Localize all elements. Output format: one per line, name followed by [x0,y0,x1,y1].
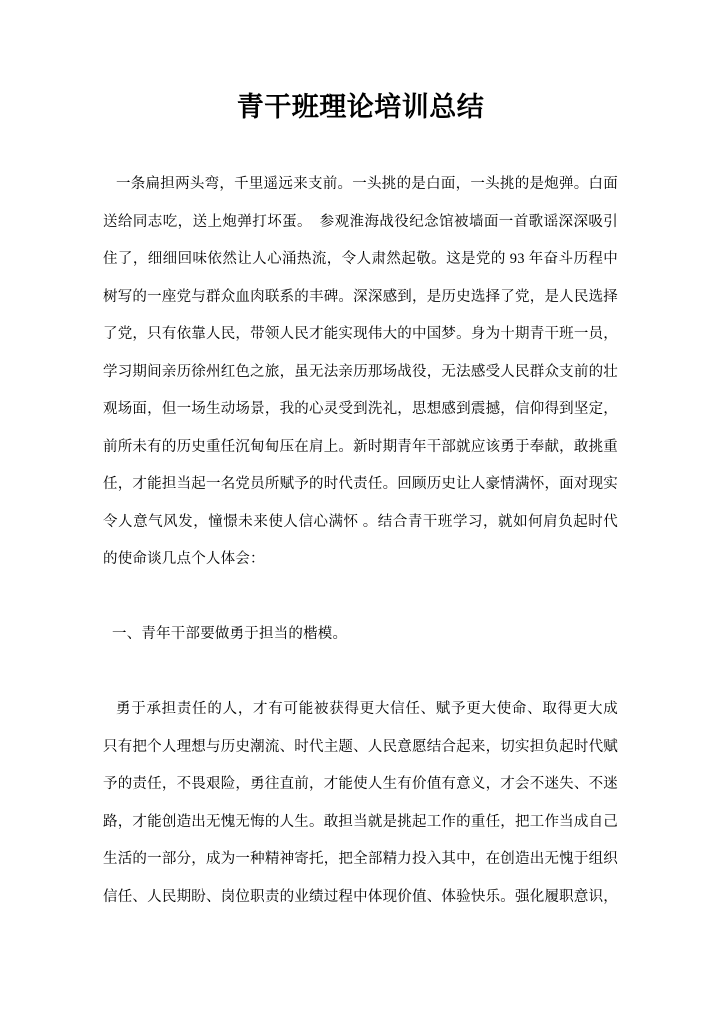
blank-line [103,654,618,692]
text-line: 观场面，但一场生动场景，我的心灵受到洗礼，思想感到震撼，信仰得到坚定， [103,391,618,429]
paragraph: 勇于承担责任的人，才有可能被获得更大信任、赋予更大使命、取得更大成就。只有把个人… [103,691,618,916]
text-line: 勇于承担责任的人，才有可能被获得更大信任、赋予更大使命、取得更大成就。 [103,691,618,729]
document-page: 青干班理论培训总结 一条扁担两头弯，千里遥远来支前。一头挑的是白面，一头挑的是炮… [0,0,721,1020]
text-line: 令人意气风发，憧憬未来使人信心满怀 。结合青干班学习，就如何肩负起时代 [103,504,618,542]
text-line: 学习期间亲历徐州红色之旅，虽无法亲历那场战役，无法感受人民群众支前的壮 [103,354,618,392]
section-heading: 一、青年干部要做勇于担当的楷模。 [103,616,618,654]
text-line: 树写的一座党与群众血肉联系的丰碑。深深感到，是历史选择了党，是人民选择 [103,279,618,317]
text-line: 生活的一部分，成为一种精神寄托，把全部精力投入其中，在创造出无愧于组织 [103,841,618,879]
text-line: 了党，只有依靠人民，带领人民才能实现伟大的中国梦。身为十期青干班一员， [103,316,618,354]
text-line: 一、青年干部要做勇于担当的楷模。 [103,616,618,654]
text-line: 路，才能创造出无愧无悔的人生。敢担当就是挑起工作的重任，把工作当成自己 [103,804,618,842]
text-line: 予的责任，不畏艰险，勇往直前，才能使人生有价值有意义，才会不迷失、不迷 [103,766,618,804]
text-line: 送给同志吃，送上炮弹打坏蛋。 参观淮海战役纪念馆被墙面一首歌谣深深吸引 [103,204,618,242]
text-line: 只有把个人理想与历史潮流、时代主题、人民意愿结合起来，切实担负起时代赋 [103,729,618,767]
text-line: 一条扁担两头弯，千里遥远来支前。一头挑的是白面，一头挑的是炮弹。白面 [103,166,618,204]
document-body: 一条扁担两头弯，千里遥远来支前。一头挑的是白面，一头挑的是炮弹。白面送给同志吃，… [103,166,618,916]
text-line: 前所未有的历史重任沉甸甸压在肩上。新时期青年干部就应该勇于奉献，敢挑重 [103,429,618,467]
text-line: 的使命谈几点个人体会： [103,541,618,579]
text-line: 信任、人民期盼、岗位职责的业绩过程中体现价值、体验快乐。强化履职意识， [103,879,618,917]
blank-line [103,579,618,617]
text-line: 任，才能担当起一名党员所赋予的时代责任。回顾历史让人豪情满怀，面对现实 [103,466,618,504]
document-title: 青干班理论培训总结 [103,87,618,127]
paragraph: 一条扁担两头弯，千里遥远来支前。一头挑的是白面，一头挑的是炮弹。白面送给同志吃，… [103,166,618,579]
text-line: 住了，细细回味依然让人心涌热流，令人肃然起敬。这是党的 93 年奋斗历程中 [103,241,618,279]
